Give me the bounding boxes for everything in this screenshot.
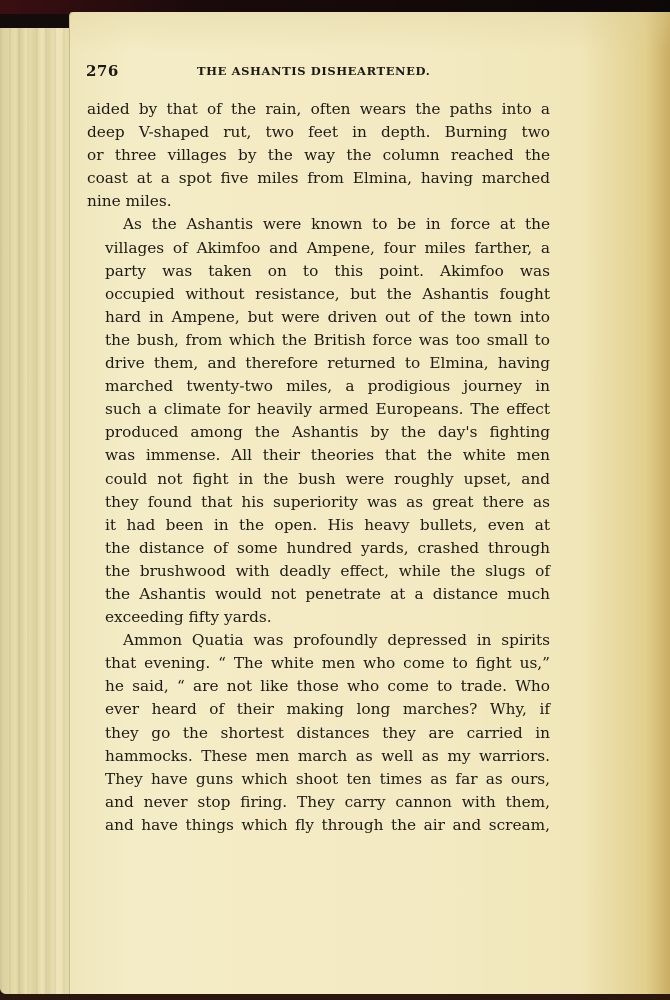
text-line: that evening. “ The white men who come t…	[87, 652, 550, 675]
text-line: such a climate for heavily armed Europea…	[87, 398, 550, 421]
text-line: coast at a spot five miles from Elmina, …	[87, 167, 550, 190]
text-line: the bush, from which the British force w…	[87, 329, 550, 352]
text-line: Ammon Quatia was profoundly depressed in…	[87, 629, 550, 652]
text-line: and never stop firing. They carry cannon…	[87, 791, 550, 814]
text-line: deep V-shaped rut, two feet in depth. Bu…	[87, 121, 550, 144]
text-line: marched twenty-two miles, a prodigious j…	[87, 375, 550, 398]
text-line: they found that his superiority was as g…	[87, 491, 550, 514]
text-line: nine miles.	[87, 190, 550, 213]
text-line: the Ashantis would not penetrate at a di…	[87, 583, 550, 606]
text-line: the distance of some hundred yards, cras…	[87, 537, 550, 560]
text-line: the brushwood with deadly effect, while …	[87, 560, 550, 583]
text-line: they go the shortest distances they are …	[87, 722, 550, 745]
text-line: ever heard of their making long marches?…	[87, 698, 550, 721]
text-line: hard in Ampene, but were driven out of t…	[87, 306, 550, 329]
text-line: drive them, and therefore returned to El…	[87, 352, 550, 375]
text-line: hammocks. These men march as well as my …	[87, 745, 550, 768]
text-line: produced among the Ashantis by the day's…	[87, 421, 550, 444]
body-text: aided by that of the rain, often wears t…	[87, 98, 550, 837]
text-line: and have things which fly through the ai…	[87, 814, 550, 837]
page-stack-edges	[0, 28, 78, 994]
text-line: occupied without resistance, but the Ash…	[87, 283, 550, 306]
background-bottom	[0, 994, 670, 1000]
page-number: 276	[86, 62, 119, 80]
text-line: aided by that of the rain, often wears t…	[87, 98, 550, 121]
text-line: villages of Akimfoo and Ampene, four mil…	[87, 237, 550, 260]
paragraph-3: Ammon Quatia was profoundly depressed in…	[87, 629, 550, 837]
text-line: As the Ashantis were known to be in forc…	[87, 213, 550, 236]
text-line: could not fight in the bush were roughly…	[87, 468, 550, 491]
running-title: THE ASHANTIS DISHEARTENED.	[197, 64, 430, 78]
text-line: or three villages by the way the column …	[87, 144, 550, 167]
running-head: 276 THE ASHANTIS DISHEARTENED.	[86, 62, 546, 82]
text-line: he said, “ are not like those who come t…	[87, 675, 550, 698]
text-line: was immense. All their theories that the…	[87, 444, 550, 467]
paragraph-1: aided by that of the rain, often wears t…	[87, 98, 550, 213]
text-line: party was taken on to this point. Akimfo…	[87, 260, 550, 283]
text-line: They have guns which shoot ten times as …	[87, 768, 550, 791]
text-line: it had been in the open. His heavy bulle…	[87, 514, 550, 537]
paragraph-2: As the Ashantis were known to be in forc…	[87, 213, 550, 629]
text-line: exceeding fifty yards.	[87, 606, 550, 629]
